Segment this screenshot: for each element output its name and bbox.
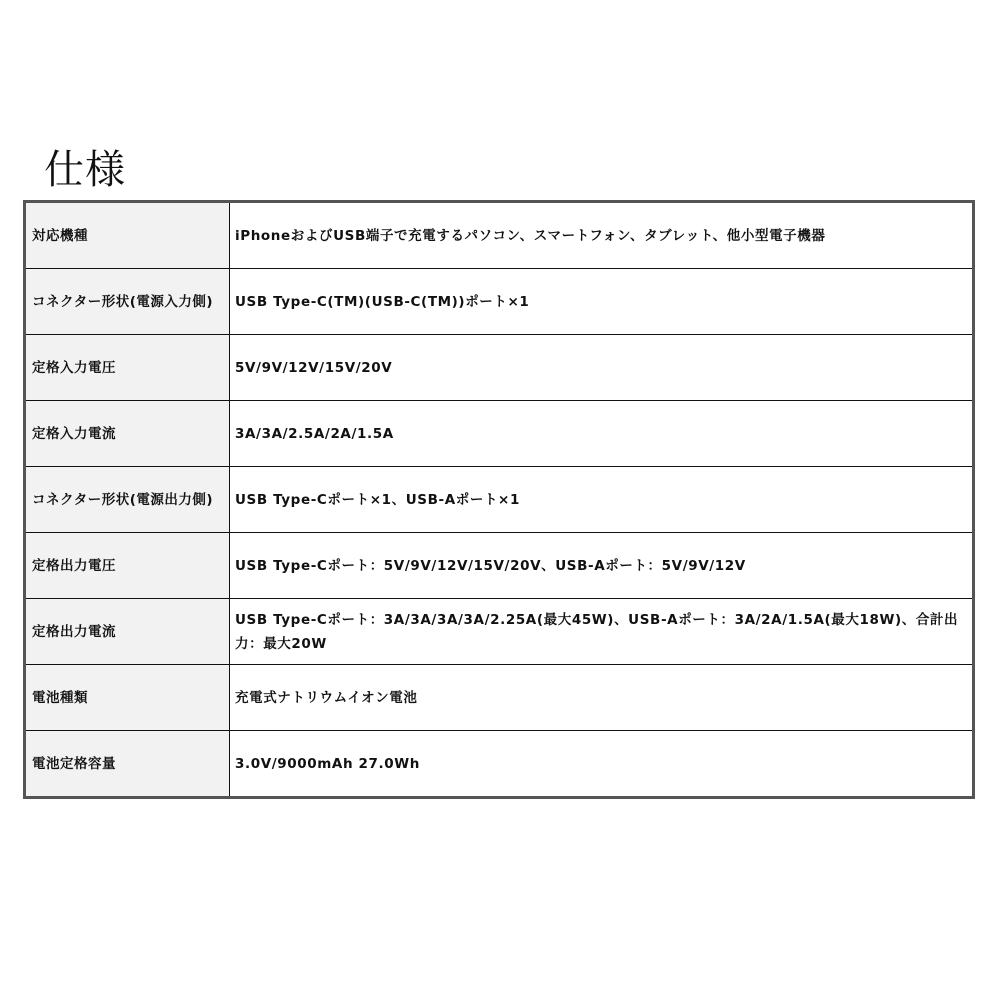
spec-label: 定格出力電流 [25, 599, 230, 665]
table-row: 定格出力電流 USB Type-Cポート：3A/3A/3A/3A/2.25A(最… [25, 599, 974, 665]
spec-label: 定格入力電流 [25, 401, 230, 467]
spec-label: コネクター形状(電源出力側) [25, 467, 230, 533]
table-row: 定格入力電流 3A/3A/2.5A/2A/1.5A [25, 401, 974, 467]
spec-value: 5V/9V/12V/15V/20V [230, 335, 974, 401]
table-row: 電池定格容量 3.0V/9000mAh 27.0Wh [25, 731, 974, 798]
spec-label: 定格出力電圧 [25, 533, 230, 599]
table-row: 電池種類 充電式ナトリウムイオン電池 [25, 665, 974, 731]
spec-label: 電池種類 [25, 665, 230, 731]
spec-value: 3A/3A/2.5A/2A/1.5A [230, 401, 974, 467]
spec-value: USB Type-C(TM)(USB-C(TM))ポート×1 [230, 269, 974, 335]
table-row: 定格出力電圧 USB Type-Cポート：5V/9V/12V/15V/20V、U… [25, 533, 974, 599]
spec-label: コネクター形状(電源入力側) [25, 269, 230, 335]
spec-table: 対応機種 iPhoneおよびUSB端子で充電するパソコン、スマートフォン、タブレ… [23, 200, 975, 799]
spec-value: USB Type-Cポート×1、USB-Aポート×1 [230, 467, 974, 533]
spec-value: 充電式ナトリウムイオン電池 [230, 665, 974, 731]
spec-value: USB Type-Cポート：3A/3A/3A/3A/2.25A(最大45W)、U… [230, 599, 974, 665]
table-row: 対応機種 iPhoneおよびUSB端子で充電するパソコン、スマートフォン、タブレ… [25, 202, 974, 269]
spec-label: 対応機種 [25, 202, 230, 269]
table-row: コネクター形状(電源出力側) USB Type-Cポート×1、USB-Aポート×… [25, 467, 974, 533]
table-row: コネクター形状(電源入力側) USB Type-C(TM)(USB-C(TM))… [25, 269, 974, 335]
page-title: 仕様 [44, 146, 126, 194]
spec-value: USB Type-Cポート：5V/9V/12V/15V/20V、USB-Aポート… [230, 533, 974, 599]
spec-label: 定格入力電圧 [25, 335, 230, 401]
spec-label: 電池定格容量 [25, 731, 230, 798]
spec-value: 3.0V/9000mAh 27.0Wh [230, 731, 974, 798]
table-row: 定格入力電圧 5V/9V/12V/15V/20V [25, 335, 974, 401]
spec-value: iPhoneおよびUSB端子で充電するパソコン、スマートフォン、タブレット、他小… [230, 202, 974, 269]
